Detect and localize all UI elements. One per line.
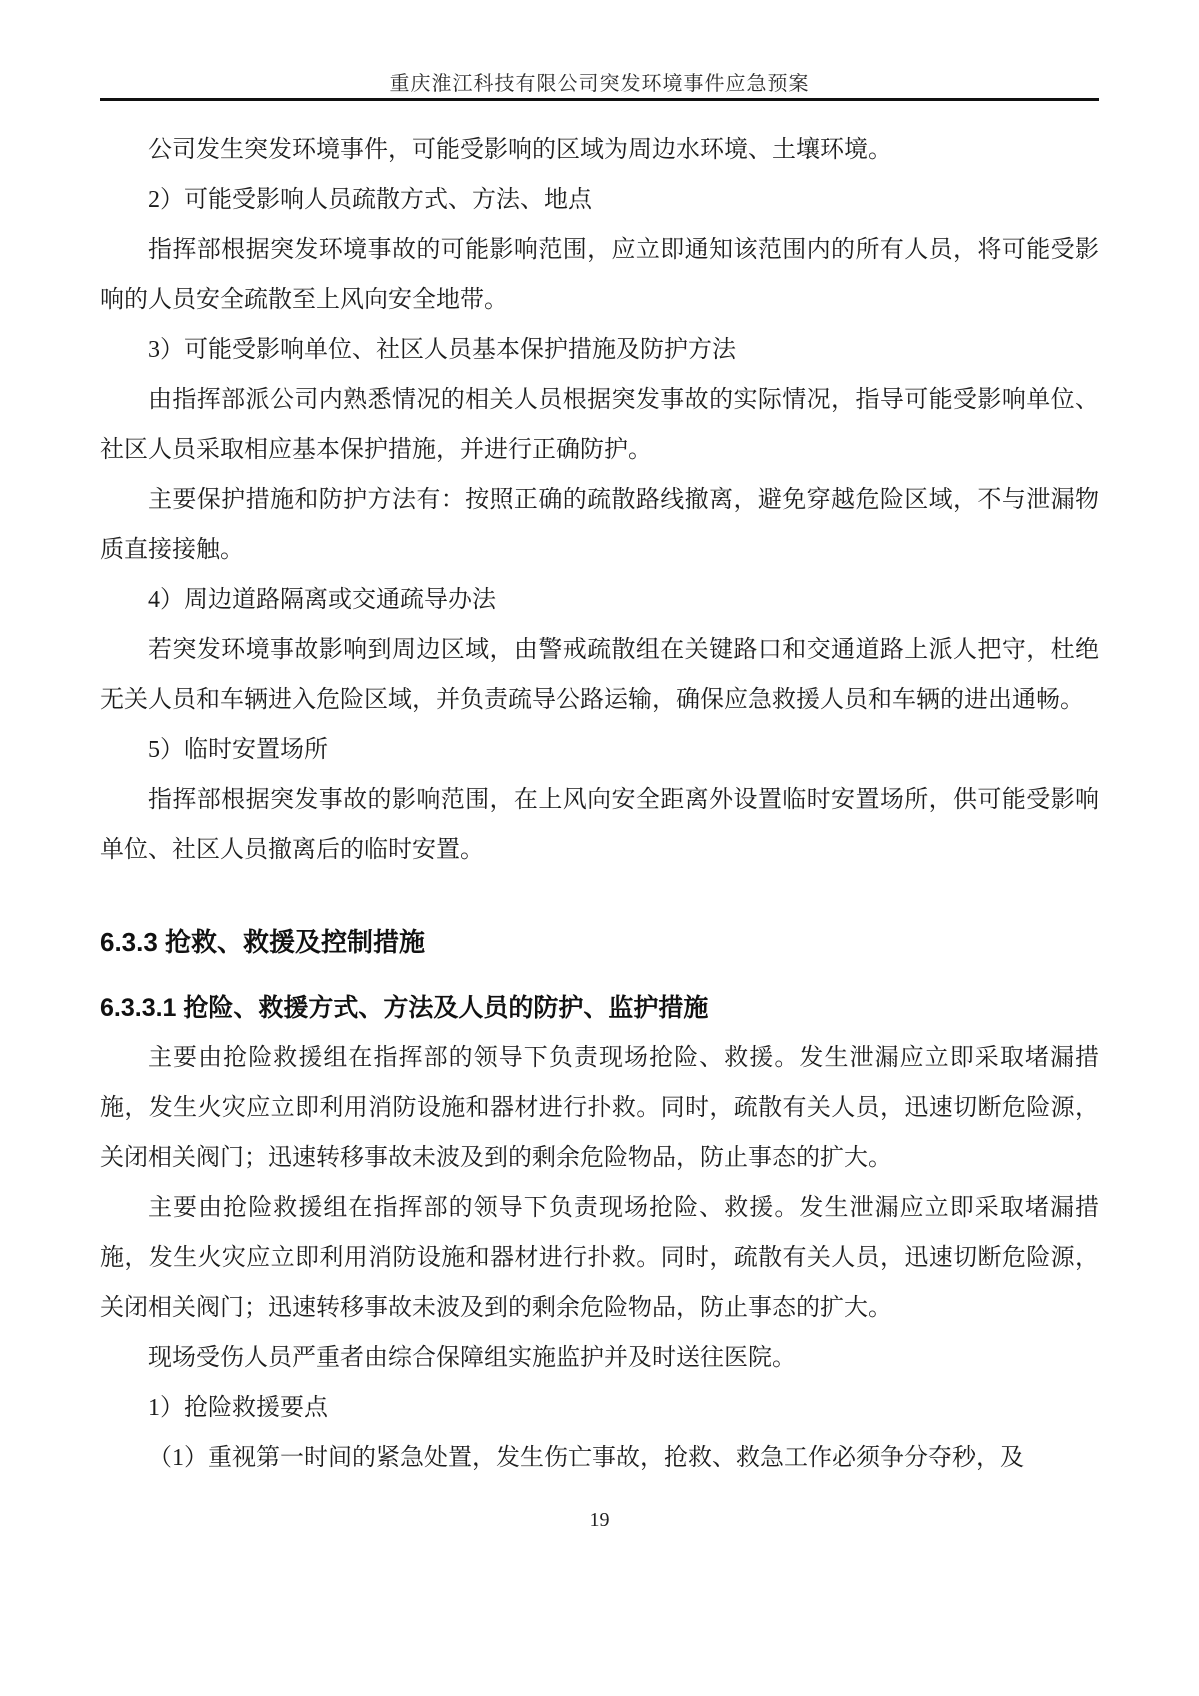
subsection-heading: 6.3.3.1 抢险、救援方式、方法及人员的防护、监护措施 bbox=[100, 983, 1099, 1033]
paragraph: 由指挥部派公司内熟悉情况的相关人员根据突发事故的实际情况，指导可能受影响单位、社… bbox=[100, 375, 1099, 475]
page-number-label: 19 bbox=[590, 1509, 610, 1531]
paragraph: 主要由抢险救援组在指挥部的领导下负责现场抢险、救援。发生泄漏应立即采取堵漏措施，… bbox=[100, 1033, 1099, 1183]
numbered-item: 1）抢险救援要点 bbox=[100, 1383, 1099, 1433]
section-heading: 6.3.3 抢救、救援及控制措施 bbox=[100, 917, 1099, 967]
paragraph: 公司发生突发环境事件，可能受影响的区域为周边水环境、土壤环境。 bbox=[100, 125, 1099, 175]
paragraph: 主要保护措施和防护方法有：按照正确的疏散路线撤离，避免穿越危险区域，不与泄漏物质… bbox=[100, 475, 1099, 575]
page-footer: 19 bbox=[0, 1509, 1199, 1532]
numbered-item: 3）可能受影响单位、社区人员基本保护措施及防护方法 bbox=[100, 325, 1099, 375]
numbered-item: 2）可能受影响人员疏散方式、方法、地点 bbox=[100, 175, 1099, 225]
document-header-title: 重庆淮江科技有限公司突发环境事件应急预案 bbox=[100, 70, 1099, 98]
document-body: 公司发生突发环境事件，可能受影响的区域为周边水环境、土壤环境。 2）可能受影响人… bbox=[100, 125, 1099, 1483]
page-header: 重庆淮江科技有限公司突发环境事件应急预案 bbox=[100, 0, 1099, 98]
paragraph: 现场受伤人员严重者由综合保障组实施监护并及时送往医院。 bbox=[100, 1333, 1099, 1383]
paragraph: （1）重视第一时间的紧急处置，发生伤亡事故，抢救、救急工作必须争分夺秒，及 bbox=[100, 1433, 1099, 1483]
numbered-item: 4）周边道路隔离或交通疏导办法 bbox=[100, 575, 1099, 625]
numbered-item: 5）临时安置场所 bbox=[100, 725, 1099, 775]
paragraph: 指挥部根据突发事故的影响范围，在上风向安全距离外设置临时安置场所，供可能受影响单… bbox=[100, 775, 1099, 875]
document-page: 重庆淮江科技有限公司突发环境事件应急预案 公司发生突发环境事件，可能受影响的区域… bbox=[0, 0, 1199, 1696]
header-divider bbox=[100, 98, 1099, 109]
paragraph: 指挥部根据突发环境事故的可能影响范围，应立即通知该范围内的所有人员，将可能受影响… bbox=[100, 225, 1099, 325]
paragraph: 主要由抢险救援组在指挥部的领导下负责现场抢险、救援。发生泄漏应立即采取堵漏措施，… bbox=[100, 1183, 1099, 1333]
paragraph: 若突发环境事故影响到周边区域，由警戒疏散组在关键路口和交通道路上派人把守，杜绝无… bbox=[100, 625, 1099, 725]
